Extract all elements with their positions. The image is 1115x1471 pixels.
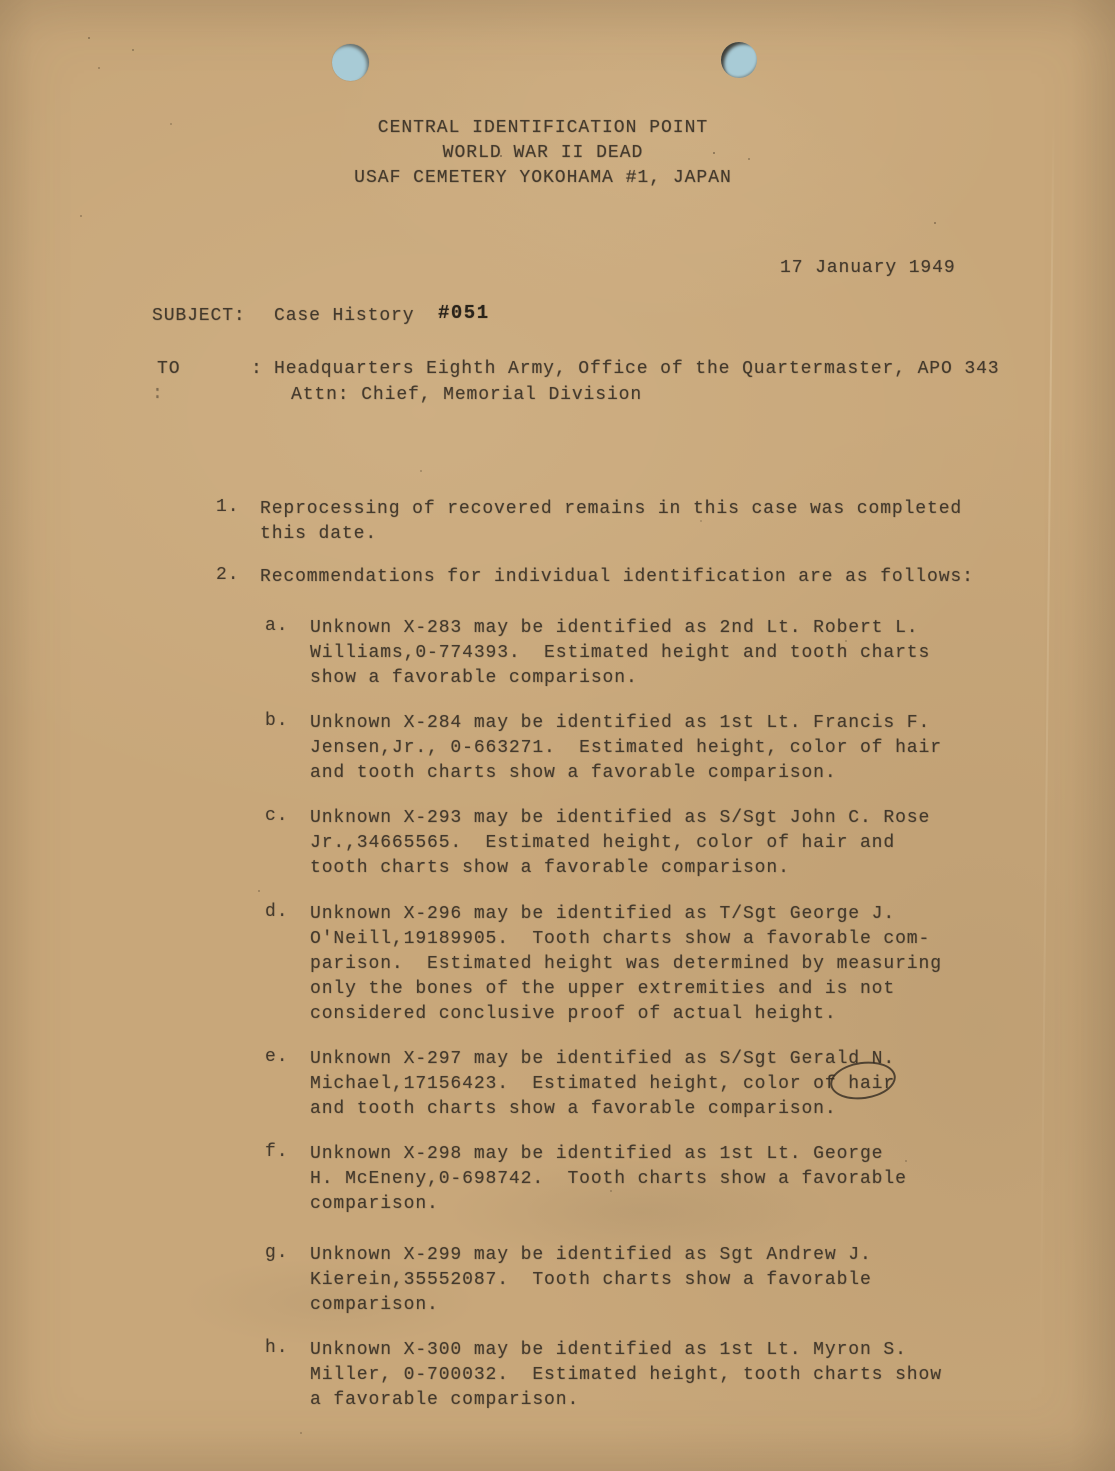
recommendation-line: comparison. (310, 1293, 872, 1318)
recommendation-line: Kierein,35552087. Tooth charts show a fa… (310, 1268, 872, 1293)
letterhead-line-2: WORLD WAR II DEAD (0, 141, 1086, 166)
to-colon: : (251, 359, 263, 379)
paragraph-2-line: Recommendations for individual identific… (260, 565, 974, 590)
recommendation-line: H. McEneny,0-698742. Tooth charts show a… (310, 1167, 907, 1192)
recommendation-e-text: Unknown X-297 may be identified as S/Sgt… (310, 1047, 895, 1122)
case-number: #051 (438, 302, 490, 324)
recommendation-a-letter: a. (265, 616, 288, 636)
paragraph-2-number: 2. (216, 565, 239, 585)
recommendation-b: b. Unknown X-284 may be identified as 1s… (265, 711, 942, 786)
recommendation-line: a favorable comparison. (310, 1388, 942, 1413)
typewritten-content: CENTRAL IDENTIFICATION POINT WORLD WAR I… (0, 0, 1115, 1471)
to-recipient: Headquarters Eighth Army, Office of the … (274, 359, 1000, 379)
recommendation-line: Unknown X-296 may be identified as T/Sgt… (310, 902, 942, 927)
recommendation-line: Miller, 0-700032. Estimated height, toot… (310, 1363, 942, 1388)
recommendation-line: Unknown X-300 may be identified as 1st L… (310, 1338, 942, 1363)
paragraph-1-text: Reprocessing of recovered remains in thi… (260, 497, 962, 547)
recommendation-h-text: Unknown X-300 may be identified as 1st L… (310, 1338, 942, 1413)
recommendation-line: Jr.,34665565. Estimated height, color of… (310, 831, 930, 856)
recommendation-line: Unknown X-284 may be identified as 1st L… (310, 711, 942, 736)
recommendation-line: comparison. (310, 1192, 907, 1217)
recommendation-f-text: Unknown X-298 may be identified as 1st L… (310, 1142, 907, 1217)
recommendation-d: d. Unknown X-296 may be identified as T/… (265, 902, 942, 1027)
subject-label: SUBJECT: (152, 306, 246, 326)
recommendation-f: f. Unknown X-298 may be identified as 1s… (265, 1142, 907, 1217)
recommendation-g-text: Unknown X-299 may be identified as Sgt A… (310, 1243, 872, 1318)
recommendation-line: and tooth charts show a favorable compar… (310, 1097, 895, 1122)
recommendation-c: c. Unknown X-293 may be identified as S/… (265, 806, 930, 881)
scanned-document-page: CENTRAL IDENTIFICATION POINT WORLD WAR I… (0, 0, 1115, 1471)
stray-colon-artifact: : (152, 384, 164, 404)
recommendation-line: Jensen,Jr., 0-663271. Estimated height, … (310, 736, 942, 761)
recommendation-c-letter: c. (265, 806, 288, 826)
recommendation-line: Unknown X-299 may be identified as Sgt A… (310, 1243, 872, 1268)
paragraph-1-line: Reprocessing of recovered remains in thi… (260, 497, 962, 522)
recommendation-line: parison. Estimated height was determined… (310, 952, 942, 977)
recommendation-e: e. Unknown X-297 may be identified as S/… (265, 1047, 895, 1122)
recommendation-h-letter: h. (265, 1338, 288, 1358)
recommendation-line: tooth charts show a favorable comparison… (310, 856, 930, 881)
subject-title: Case History (274, 306, 414, 326)
recommendation-line: Michael,17156423. Estimated height, colo… (310, 1072, 895, 1097)
paragraph-2: 2. Recommendations for individual identi… (216, 565, 974, 590)
recommendation-h: h. Unknown X-300 may be identified as 1s… (265, 1338, 942, 1413)
paragraph-2-text: Recommendations for individual identific… (260, 565, 974, 590)
recommendation-line: only the bones of the upper extremities … (310, 977, 942, 1002)
to-attention: Attn: Chief, Memorial Division (291, 385, 642, 405)
recommendation-line: Unknown X-283 may be identified as 2nd L… (310, 616, 930, 641)
paragraph-1: 1. Reprocessing of recovered remains in … (216, 497, 962, 547)
to-label: TO (157, 359, 180, 379)
recommendation-line: and tooth charts show a favorable compar… (310, 761, 942, 786)
recommendation-line: O'Neill,19189905. Tooth charts show a fa… (310, 927, 942, 952)
recommendation-c-text: Unknown X-293 may be identified as S/Sgt… (310, 806, 930, 881)
document-date: 17 January 1949 (780, 258, 956, 278)
recommendation-f-letter: f. (265, 1142, 288, 1162)
recommendation-line: Unknown X-297 may be identified as S/Sgt… (310, 1047, 895, 1072)
recommendation-d-text: Unknown X-296 may be identified as T/Sgt… (310, 902, 942, 1027)
letterhead-line-1: CENTRAL IDENTIFICATION POINT (0, 116, 1086, 141)
recommendation-g: g. Unknown X-299 may be identified as Sg… (265, 1243, 872, 1318)
recommendation-d-letter: d. (265, 902, 288, 922)
recommendation-g-letter: g. (265, 1243, 288, 1263)
recommendation-a-text: Unknown X-283 may be identified as 2nd L… (310, 616, 930, 691)
recommendation-line: Williams,0-774393. Estimated height and … (310, 641, 930, 666)
recommendation-b-letter: b. (265, 711, 288, 731)
recommendation-e-letter: e. (265, 1047, 288, 1067)
letterhead: CENTRAL IDENTIFICATION POINT WORLD WAR I… (0, 116, 1086, 191)
recommendation-line: show a favorable comparison. (310, 666, 930, 691)
recommendation-a: a. Unknown X-283 may be identified as 2n… (265, 616, 930, 691)
recommendation-line: Unknown X-293 may be identified as S/Sgt… (310, 806, 930, 831)
paragraph-1-line: this date. (260, 522, 962, 547)
letterhead-line-3: USAF CEMETERY YOKOHAMA #1, JAPAN (0, 166, 1086, 191)
paragraph-1-number: 1. (216, 497, 239, 517)
recommendation-line: considered conclusive proof of actual he… (310, 1002, 942, 1027)
recommendation-b-text: Unknown X-284 may be identified as 1st L… (310, 711, 942, 786)
recommendation-line: Unknown X-298 may be identified as 1st L… (310, 1142, 907, 1167)
